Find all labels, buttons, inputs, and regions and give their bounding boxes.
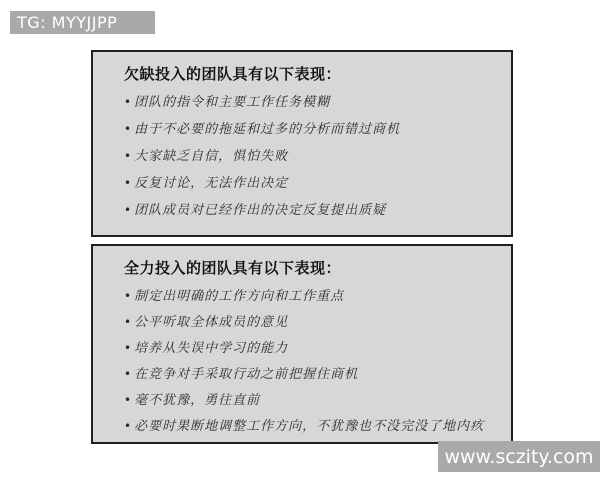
bullet-item: 制定出明确的工作方向和工作重点 [124, 288, 497, 305]
bullet-item: 公平听取全体成员的意见 [124, 314, 497, 331]
slide-page: { "watermarks": { "top": "TG: MYYJJPP", … [0, 0, 600, 480]
watermark-telegram: TG: MYYJJPP [10, 11, 155, 34]
panel-title-uncommitted: 欠缺投入的团队具有以下表现： [124, 64, 497, 84]
watermark-website: www.sczity.com [438, 441, 600, 472]
panel-title-committed: 全力投入的团队具有以下表现： [124, 258, 497, 278]
panel-uncommitted-team-content: 欠缺投入的团队具有以下表现： 团队的指令和主要工作任务模糊 由于不必要的拖延和过… [93, 52, 511, 219]
bullet-item: 毫不犹豫，勇往直前 [124, 392, 497, 409]
bullet-item: 必要时果断地调整工作方向，不犹豫也不没完没了地内疚 [124, 418, 497, 435]
bullet-item: 培养从失误中学习的能力 [124, 340, 497, 357]
bullet-item: 团队的指令和主要工作任务模糊 [124, 94, 497, 111]
bullet-item: 反复讨论，无法作出决定 [124, 175, 497, 192]
bullet-item: 在竞争对手采取行动之前把握住商机 [124, 366, 497, 383]
panel-committed-team: 全力投入的团队具有以下表现： 制定出明确的工作方向和工作重点 公平听取全体成员的… [91, 244, 513, 444]
panel-uncommitted-team: 欠缺投入的团队具有以下表现： 团队的指令和主要工作任务模糊 由于不必要的拖延和过… [91, 50, 513, 237]
bullet-item: 团队成员对已经作出的决定反复提出质疑 [124, 202, 497, 219]
panel-committed-team-content: 全力投入的团队具有以下表现： 制定出明确的工作方向和工作重点 公平听取全体成员的… [93, 246, 511, 435]
bullet-item: 大家缺乏自信，惧怕失败 [124, 148, 497, 165]
bullet-item: 由于不必要的拖延和过多的分析而错过商机 [124, 121, 497, 138]
